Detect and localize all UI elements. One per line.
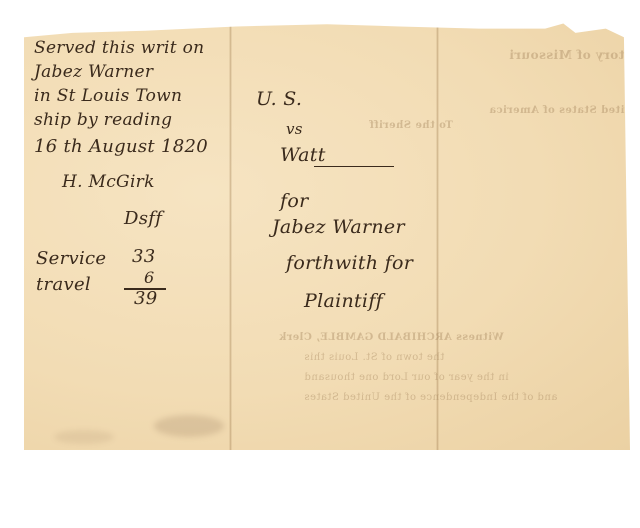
versus: vs	[286, 120, 303, 138]
service-date: 16 th August 1820	[34, 136, 208, 157]
service-fee-amount: 33	[132, 246, 156, 267]
plaintiff-abbrev: U. S.	[256, 88, 302, 110]
for-label: for	[280, 190, 308, 212]
service-fee-label: Service	[36, 248, 106, 269]
fold-line-left	[229, 20, 232, 450]
bleed-through-text: The United States of America	[489, 105, 640, 116]
bleed-through-text: and of the Independence of the United St…	[304, 392, 557, 403]
service-line: Served this writ on	[34, 38, 204, 58]
strike-line	[314, 166, 394, 167]
travel-fee-amount: 6	[144, 268, 154, 287]
document-page: Territory of Missouri The United States …	[24, 20, 630, 450]
bleed-through-text: in the year of our Lord one thousand	[304, 372, 509, 383]
bleed-through-text: To the Sheriff	[369, 120, 453, 131]
fold-line-right	[436, 20, 439, 450]
defendant-name: Watt	[280, 144, 326, 166]
service-line: Jabez Warner	[34, 62, 153, 82]
bleed-through-text: Territory of Missouri	[509, 48, 640, 62]
bleed-through-text: the town of St. Louis this	[304, 352, 444, 363]
fee-total: 39	[134, 288, 158, 309]
summons-instruction: forthwith for	[286, 252, 413, 274]
ink-smudge	[154, 415, 224, 437]
travel-fee-label: travel	[36, 274, 91, 295]
service-line: ship by reading	[34, 110, 172, 130]
witness-name: Jabez Warner	[272, 216, 405, 238]
service-line: in St Louis Town	[34, 86, 182, 106]
ink-smudge	[54, 430, 114, 444]
bleed-through-text: Witness ARCHIBALD GAMBLE, Clerk	[279, 332, 504, 343]
party-role: Plaintiff	[304, 290, 383, 312]
officer-signature: H. McGirk	[62, 172, 155, 192]
officer-title: Dsff	[124, 208, 162, 229]
